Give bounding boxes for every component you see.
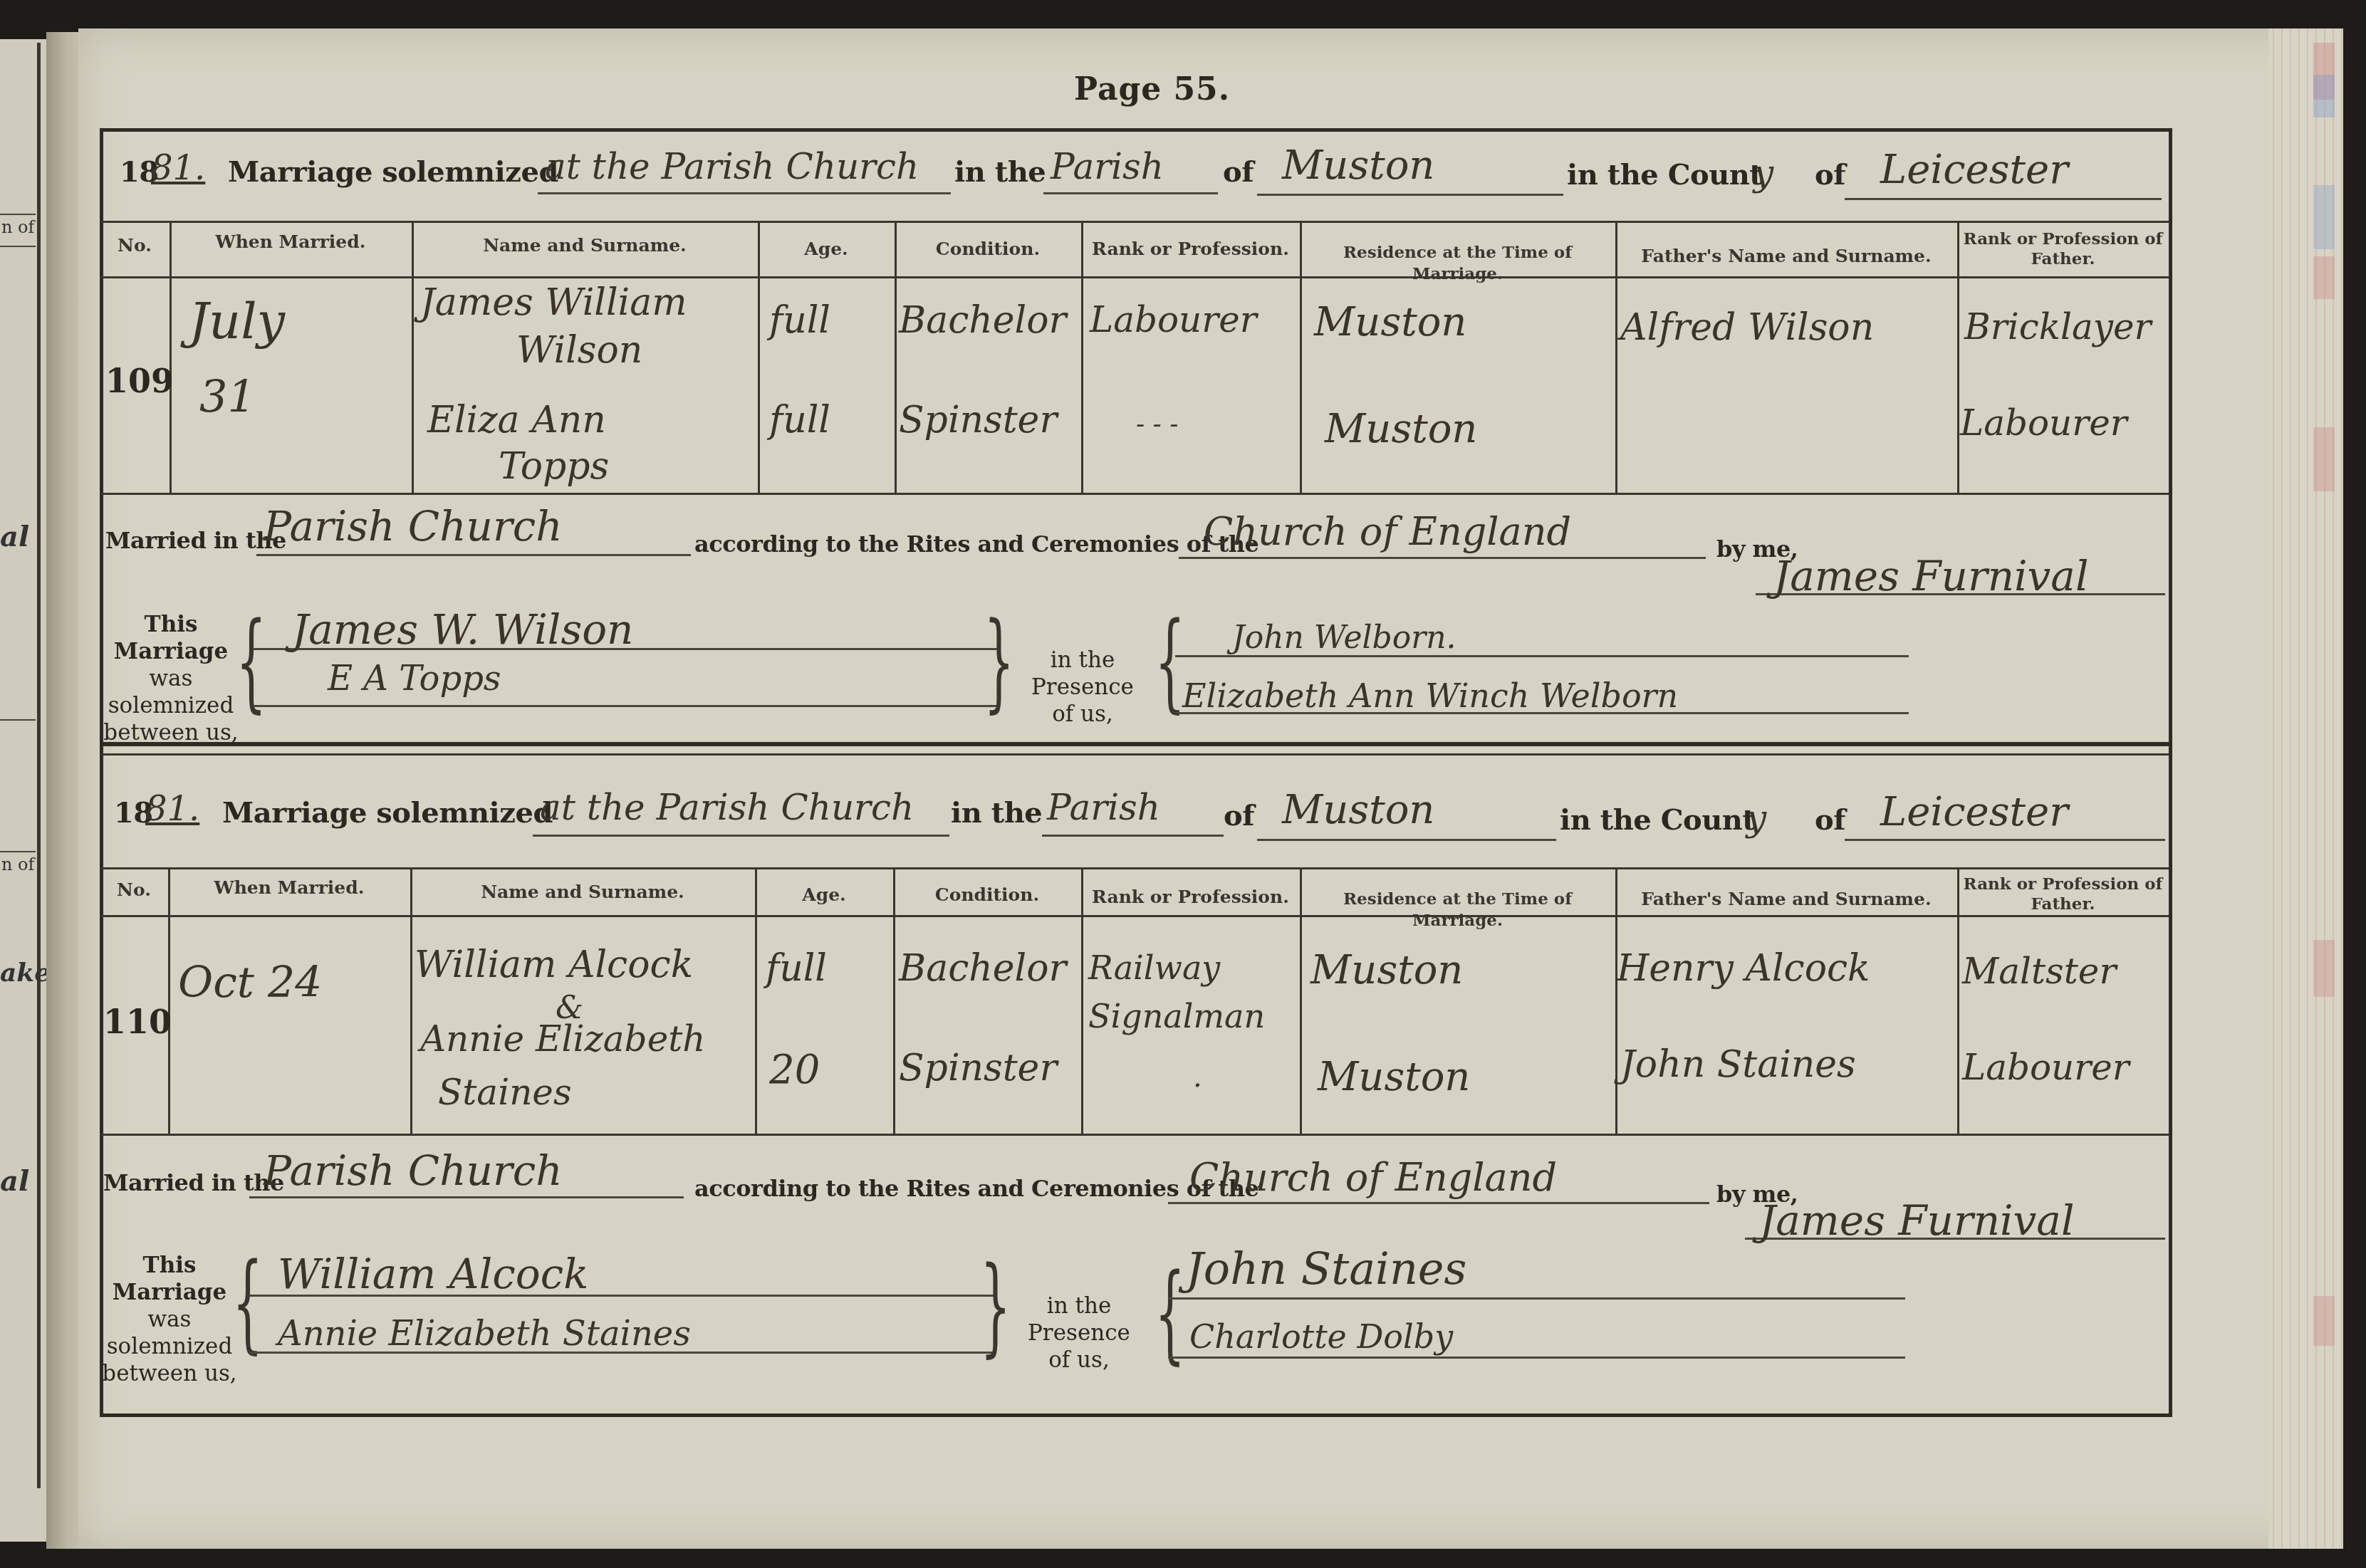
- column-divider: [755, 867, 757, 1134]
- groom-father-rank: Maltster: [1962, 951, 2116, 992]
- entry-separator: [100, 753, 2169, 756]
- according-to-label: according to the Rites and Ceremonies of…: [694, 530, 1258, 558]
- bride-residence: Muston: [1318, 1054, 1470, 1100]
- marriage-solemnized-label: Marriage solemnized: [222, 796, 553, 830]
- col-header-name: Name and Surname.: [410, 882, 755, 903]
- marriage-solemnized-label: Marriage solemnized: [228, 155, 558, 189]
- bride-condition: Spinster: [899, 399, 1057, 441]
- col-header-father-name: Father's Name and Surname.: [1615, 246, 1957, 267]
- page-number: Page 55.: [1074, 71, 1230, 108]
- col-header-condition: Condition.: [895, 239, 1081, 260]
- county-suffix: y: [1753, 152, 1773, 194]
- divider: [0, 214, 36, 215]
- divider: [100, 1134, 2169, 1136]
- bride-age: 20: [769, 1047, 820, 1093]
- this-marriage-label: This Marriage was solemnized between us,: [98, 1252, 241, 1387]
- bride-age: full: [769, 399, 830, 441]
- in-the-county-label: in the Count: [1560, 803, 1755, 837]
- married-in-value: Parish Church: [264, 502, 562, 550]
- col-header-age: Age.: [758, 239, 895, 260]
- col-header-no: No.: [100, 235, 170, 256]
- in-the-label: in the: [954, 155, 1046, 189]
- officiant-signature: James Furnival: [1759, 1196, 2074, 1245]
- col-header-residence: Residence at the Time of Marriage.: [1300, 889, 1615, 931]
- bride-condition: Spinster: [899, 1047, 1057, 1089]
- divider: [100, 276, 2169, 278]
- place-line: [533, 835, 949, 837]
- bride-signature: E A Topps: [328, 659, 501, 699]
- column-divider: [758, 221, 760, 493]
- married-in-line: [249, 1196, 684, 1198]
- in-the-presence-label: in the Presence of us,: [1018, 647, 1147, 728]
- left-brace-icon: {: [232, 1250, 263, 1357]
- column-divider: [410, 867, 412, 1134]
- left-brace-icon: {: [1155, 609, 1185, 716]
- left-brace-icon: {: [1155, 1260, 1185, 1367]
- groom-father-rank: Bricklayer: [1964, 306, 2151, 347]
- bride-residence: Muston: [1325, 406, 1477, 452]
- column-divider: [412, 221, 414, 493]
- groom-name: William Alcock: [415, 944, 693, 986]
- year-suffix: 81.: [145, 789, 199, 829]
- bride-father-rank: Labourer: [1960, 402, 2127, 444]
- witness-line: [1168, 1357, 1905, 1359]
- this-marriage-label: This Marriage was solemnized between us,: [100, 611, 242, 746]
- of-label: of: [1815, 158, 1845, 192]
- bride-rank: - - -: [1136, 409, 1178, 439]
- groom-surname: Wilson: [516, 329, 642, 372]
- of-label: of: [1815, 803, 1845, 837]
- signature-line: [253, 705, 997, 707]
- in-the-county-label: in the Count: [1567, 158, 1762, 192]
- when-married-month: July: [189, 292, 285, 350]
- column-divider: [895, 221, 897, 493]
- county-name: Leicester: [1880, 789, 2068, 835]
- groom-rank: Labourer: [1090, 299, 1257, 340]
- entry-number: 110: [103, 1003, 172, 1041]
- left-brace-icon: {: [236, 609, 266, 716]
- column-divider: [170, 221, 172, 493]
- col-header-when-married: When Married.: [168, 877, 410, 899]
- groom-signature: William Alcock: [278, 1250, 588, 1298]
- groom-rank: Railway Signalman: [1088, 944, 1302, 1040]
- groom-name: James William: [420, 281, 687, 324]
- right-brace-icon: }: [980, 1253, 1011, 1360]
- bride-name: Eliza Ann: [427, 399, 606, 441]
- right-brace-icon: }: [984, 609, 1014, 716]
- groom-age: full: [769, 299, 830, 342]
- witness-1: John Welborn.: [1232, 620, 1456, 656]
- bride-father-name: John Staines: [1620, 1043, 1856, 1086]
- witness-2: Charlotte Dolby: [1189, 1317, 1453, 1356]
- county-line: [1845, 198, 2162, 200]
- col-header-father-rank: Rank or Profession of Father.: [1957, 229, 2169, 269]
- in-the-label: in the: [951, 796, 1042, 830]
- col-header-condition: Condition.: [893, 884, 1081, 906]
- marriage-place: at the Parish Church: [540, 787, 914, 828]
- bride-father-rank: Labourer: [1962, 1047, 2130, 1088]
- when-married-day: 31: [199, 370, 256, 422]
- entry-separator: [100, 742, 2169, 746]
- officiant-signature: James Furnival: [1773, 552, 2088, 600]
- groom-residence: Muston: [1310, 947, 1463, 993]
- column-divider: [893, 867, 895, 1134]
- married-in-label: Married in the: [105, 527, 286, 554]
- groom-condition: Bachelor: [899, 947, 1066, 990]
- entry-number: 109: [105, 362, 174, 400]
- county-name: Leicester: [1880, 147, 2068, 193]
- bride-signature: Annie Elizabeth Staines: [278, 1314, 691, 1354]
- col-header-age: Age.: [755, 884, 893, 906]
- witness-1: John Staines: [1186, 1243, 1466, 1295]
- groom-age: full: [766, 947, 827, 990]
- county-line: [1845, 839, 2165, 841]
- rites-value: Church of England: [1204, 509, 1571, 554]
- rites-value: Church of England: [1189, 1155, 1557, 1200]
- bride-surname: Topps: [499, 445, 609, 488]
- divider: [0, 246, 36, 247]
- col-header-father-rank: Rank or Profession of Father.: [1957, 874, 2169, 914]
- marriage-place: at the Parish Church: [545, 146, 919, 187]
- witness-line: [1168, 1297, 1905, 1300]
- divider: [100, 493, 2169, 495]
- married-in-value: Parish Church: [264, 1146, 562, 1195]
- groom-condition: Bachelor: [899, 299, 1066, 342]
- married-in-label: Married in the: [103, 1169, 284, 1196]
- page-edge-tint: [2313, 1296, 2335, 1346]
- parish-word: Parish: [1051, 146, 1164, 187]
- page-edge-tint: [2313, 940, 2335, 997]
- rites-line: [1168, 1202, 1709, 1204]
- col-header-name: Name and Surname.: [412, 235, 758, 256]
- groom-residence: Muston: [1314, 299, 1466, 345]
- of-label: of: [1223, 155, 1254, 189]
- divider: [100, 221, 2169, 223]
- col-header-residence: Residence at the Time of Marriage.: [1300, 242, 1615, 285]
- rites-line: [1179, 557, 1706, 559]
- groom-father-name: Alfred Wilson: [1620, 306, 1874, 349]
- col-header-no: No.: [100, 879, 168, 901]
- when-married: Oct 24: [178, 958, 322, 1008]
- groom-father-name: Henry Alcock: [1617, 947, 1870, 990]
- witness-2: Elizabeth Ann Winch Welborn: [1182, 676, 1678, 715]
- col-header-when-married: When Married.: [170, 231, 412, 253]
- place-line: [538, 192, 951, 194]
- parish-name: Muston: [1282, 142, 1434, 189]
- page-edge-tint: [2313, 427, 2335, 491]
- parish-name-line: [1257, 839, 1556, 841]
- col-header-father-name: Father's Name and Surname.: [1615, 889, 1957, 910]
- of-label: of: [1224, 799, 1254, 832]
- parish-word: Parish: [1047, 787, 1160, 828]
- county-suffix: y: [1746, 798, 1766, 839]
- bride-name: Annie Elizabeth: [420, 1018, 706, 1060]
- left-page-frame: [0, 43, 41, 1488]
- page-edge-tint: [2313, 75, 2335, 117]
- groom-signature: James W. Wilson: [292, 605, 633, 654]
- parish-word-line: [1042, 835, 1224, 837]
- parish-name: Muston: [1282, 787, 1434, 833]
- according-to-label: according to the Rites and Ceremonies of…: [694, 1175, 1258, 1202]
- bride-rank: .: [1193, 1061, 1202, 1094]
- col-header-rank: Rank or Profession.: [1081, 887, 1300, 908]
- divider: [0, 851, 36, 852]
- column-divider: [1081, 221, 1083, 493]
- divider: [0, 719, 36, 721]
- bride-surname: Staines: [438, 1072, 572, 1113]
- in-the-presence-label: in the Presence of us,: [1015, 1292, 1143, 1374]
- col-header-rank: Rank or Profession.: [1081, 239, 1300, 260]
- page-edge-tint: [2313, 185, 2335, 249]
- year-suffix: 81.: [151, 148, 205, 188]
- page-edge-tint: [2313, 256, 2335, 299]
- column-divider: [168, 867, 170, 1134]
- married-in-line: [256, 554, 691, 556]
- parish-word-line: [1043, 192, 1218, 194]
- parish-name-line: [1257, 194, 1563, 196]
